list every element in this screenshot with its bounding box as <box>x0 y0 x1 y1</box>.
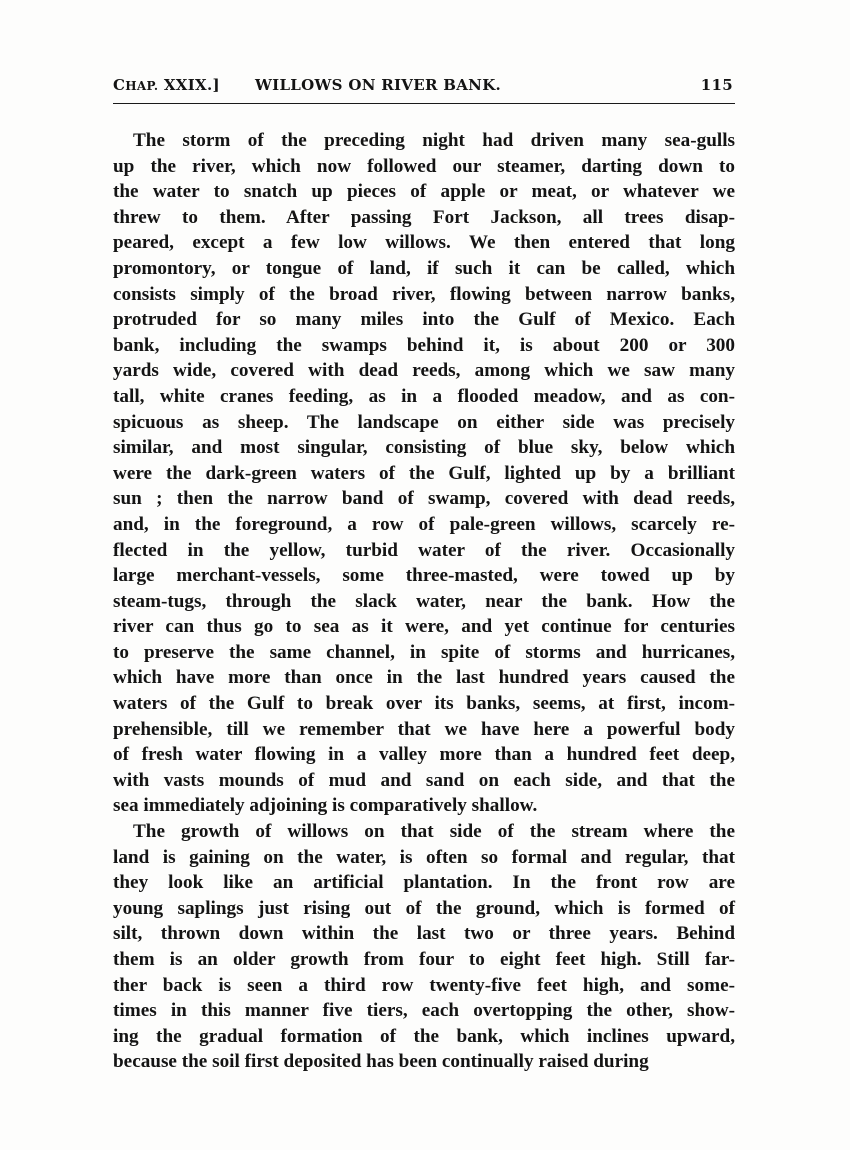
text-line: young saplings just rising out of the gr… <box>113 896 735 922</box>
text-line: flected in the yellow, turbid water of t… <box>113 538 735 564</box>
text-line: protruded for so many miles into the Gul… <box>113 307 735 333</box>
running-header: CHAP. XXIX.] WILLOWS ON RIVER BANK. 115 <box>113 70 735 98</box>
text-line: bank, including the swamps behind it, is… <box>113 333 735 359</box>
text-line: to preserve the same channel, in spite o… <box>113 640 735 666</box>
text-line: consists simply of the broad river, flow… <box>113 282 735 308</box>
text-line: times in this manner five tiers, each ov… <box>113 998 735 1024</box>
text-line: waters of the Gulf to break over its ban… <box>113 691 735 717</box>
text-line: tall, white cranes feeding, as in a floo… <box>113 384 735 410</box>
text-line: ing the gradual formation of the bank, w… <box>113 1024 735 1050</box>
text-line: river can thus go to sea as it were, and… <box>113 614 735 640</box>
chapter-prefix-small: HAP. <box>125 79 158 93</box>
chapter-number: XXIX.] <box>164 76 220 94</box>
text-line: The growth of willows on that side of th… <box>113 819 735 845</box>
page-number: 115 <box>701 76 733 94</box>
body-text: The storm of the preceding night had dri… <box>113 128 735 1075</box>
chapter-prefix-cap: C <box>113 76 125 94</box>
text-line: steam-tugs, through the slack water, nea… <box>113 589 735 615</box>
text-line: prehensible, till we remember that we ha… <box>113 717 735 743</box>
text-line: them is an older growth from four to eig… <box>113 947 735 973</box>
book-page: CHAP. XXIX.] WILLOWS ON RIVER BANK. 115 … <box>0 0 850 1150</box>
text-line: sun ; then the narrow band of swamp, cov… <box>113 486 735 512</box>
text-line: land is gaining on the water, is often s… <box>113 845 735 871</box>
text-line: similar, and most singular, consisting o… <box>113 435 735 461</box>
text-line: and, in the foreground, a row of pale-gr… <box>113 512 735 538</box>
text-line: promontory, or tongue of land, if such i… <box>113 256 735 282</box>
running-title: WILLOWS ON RIVER BANK. <box>255 76 501 94</box>
text-line: of fresh water flowing in a valley more … <box>113 742 735 768</box>
text-line: spicuous as sheep. The landscape on eith… <box>113 410 735 436</box>
text-line: The storm of the preceding night had dri… <box>113 128 735 154</box>
paragraph: The growth of willows on that side of th… <box>113 819 735 1075</box>
chapter-label: CHAP. XXIX.] <box>113 76 220 94</box>
text-line: sea immediately adjoining is comparative… <box>113 793 735 819</box>
text-line: large merchant-vessels, some three-maste… <box>113 563 735 589</box>
text-line: yards wide, covered with dead reeds, amo… <box>113 358 735 384</box>
text-line: with vasts mounds of mud and sand on eac… <box>113 768 735 794</box>
text-line: peared, except a few low willows. We the… <box>113 230 735 256</box>
text-line: the water to snatch up pieces of apple o… <box>113 179 735 205</box>
text-line: were the dark-green waters of the Gulf, … <box>113 461 735 487</box>
paragraph: The storm of the preceding night had dri… <box>113 128 735 819</box>
text-line: ther back is seen a third row twenty-fiv… <box>113 973 735 999</box>
text-line: they look like an artificial plantation.… <box>113 870 735 896</box>
header-rule <box>113 103 735 104</box>
text-line: which have more than once in the last hu… <box>113 665 735 691</box>
text-line: threw to them. After passing Fort Jackso… <box>113 205 735 231</box>
text-line: because the soil first deposited has bee… <box>113 1049 735 1075</box>
text-line: silt, thrown down within the last two or… <box>113 921 735 947</box>
text-line: up the river, which now followed our ste… <box>113 154 735 180</box>
